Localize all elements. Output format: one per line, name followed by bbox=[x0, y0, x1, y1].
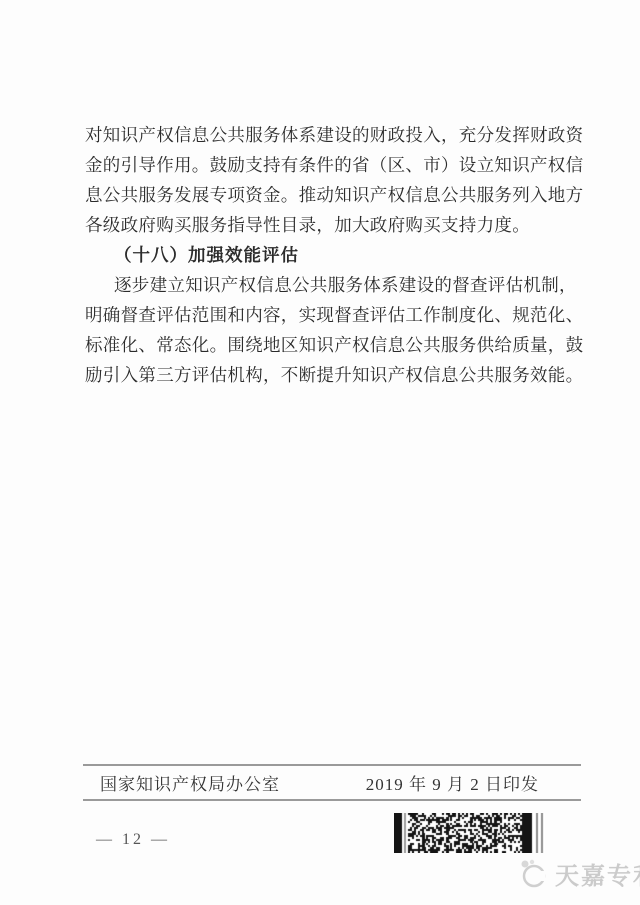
footer-print-date: 2019 年 9 月 2 日印发 bbox=[366, 770, 581, 795]
page-number: — 12 — bbox=[96, 831, 170, 849]
footer-issuer: 国家知识产权局办公室 bbox=[83, 770, 280, 795]
footer-rule-bottom bbox=[83, 799, 581, 801]
body-text-line: 励引入第三方评估机构，不断提升知识产权信息公共服务效能。 bbox=[85, 360, 585, 390]
body-text-line: 明确督查评估范围和内容，实现督查评估工作制度化、规范化、 bbox=[85, 300, 585, 330]
body-text-line: 标准化、常态化。围绕地区知识产权信息公共服务供给质量，鼓 bbox=[85, 330, 585, 360]
body-text-line: 金的引导作用。鼓励支持有条件的省（区、市）设立知识产权信 bbox=[85, 150, 585, 180]
section-heading: （十八）加强效能评估 bbox=[85, 240, 585, 270]
watermark: 天嘉专利 bbox=[518, 856, 640, 890]
body-text-line: 对知识产权信息公共服务体系建设的财政投入，充分发挥财政资 bbox=[85, 120, 585, 150]
document-body: 对知识产权信息公共服务体系建设的财政投入，充分发挥财政资 金的引导作用。鼓励支持… bbox=[85, 120, 585, 390]
body-text-line: 息公共服务发展专项资金。推动知识产权信息公共服务列入地方 bbox=[85, 180, 585, 210]
document-page: 对知识产权信息公共服务体系建设的财政投入，充分发挥财政资 金的引导作用。鼓励支持… bbox=[0, 0, 640, 905]
barcode-image bbox=[394, 813, 545, 853]
document-footer: 国家知识产权局办公室 2019 年 9 月 2 日印发 bbox=[83, 770, 581, 794]
body-text-line: 逐步建立知识产权信息公共服务体系建设的督查评估机制， bbox=[85, 270, 585, 300]
watermark-logo-icon bbox=[518, 857, 548, 889]
body-text-line: 各级政府购买服务指导性目录，加大政府购买支持力度。 bbox=[85, 210, 585, 240]
footer-rule-top bbox=[83, 764, 581, 766]
watermark-text: 天嘉专利 bbox=[555, 856, 640, 891]
